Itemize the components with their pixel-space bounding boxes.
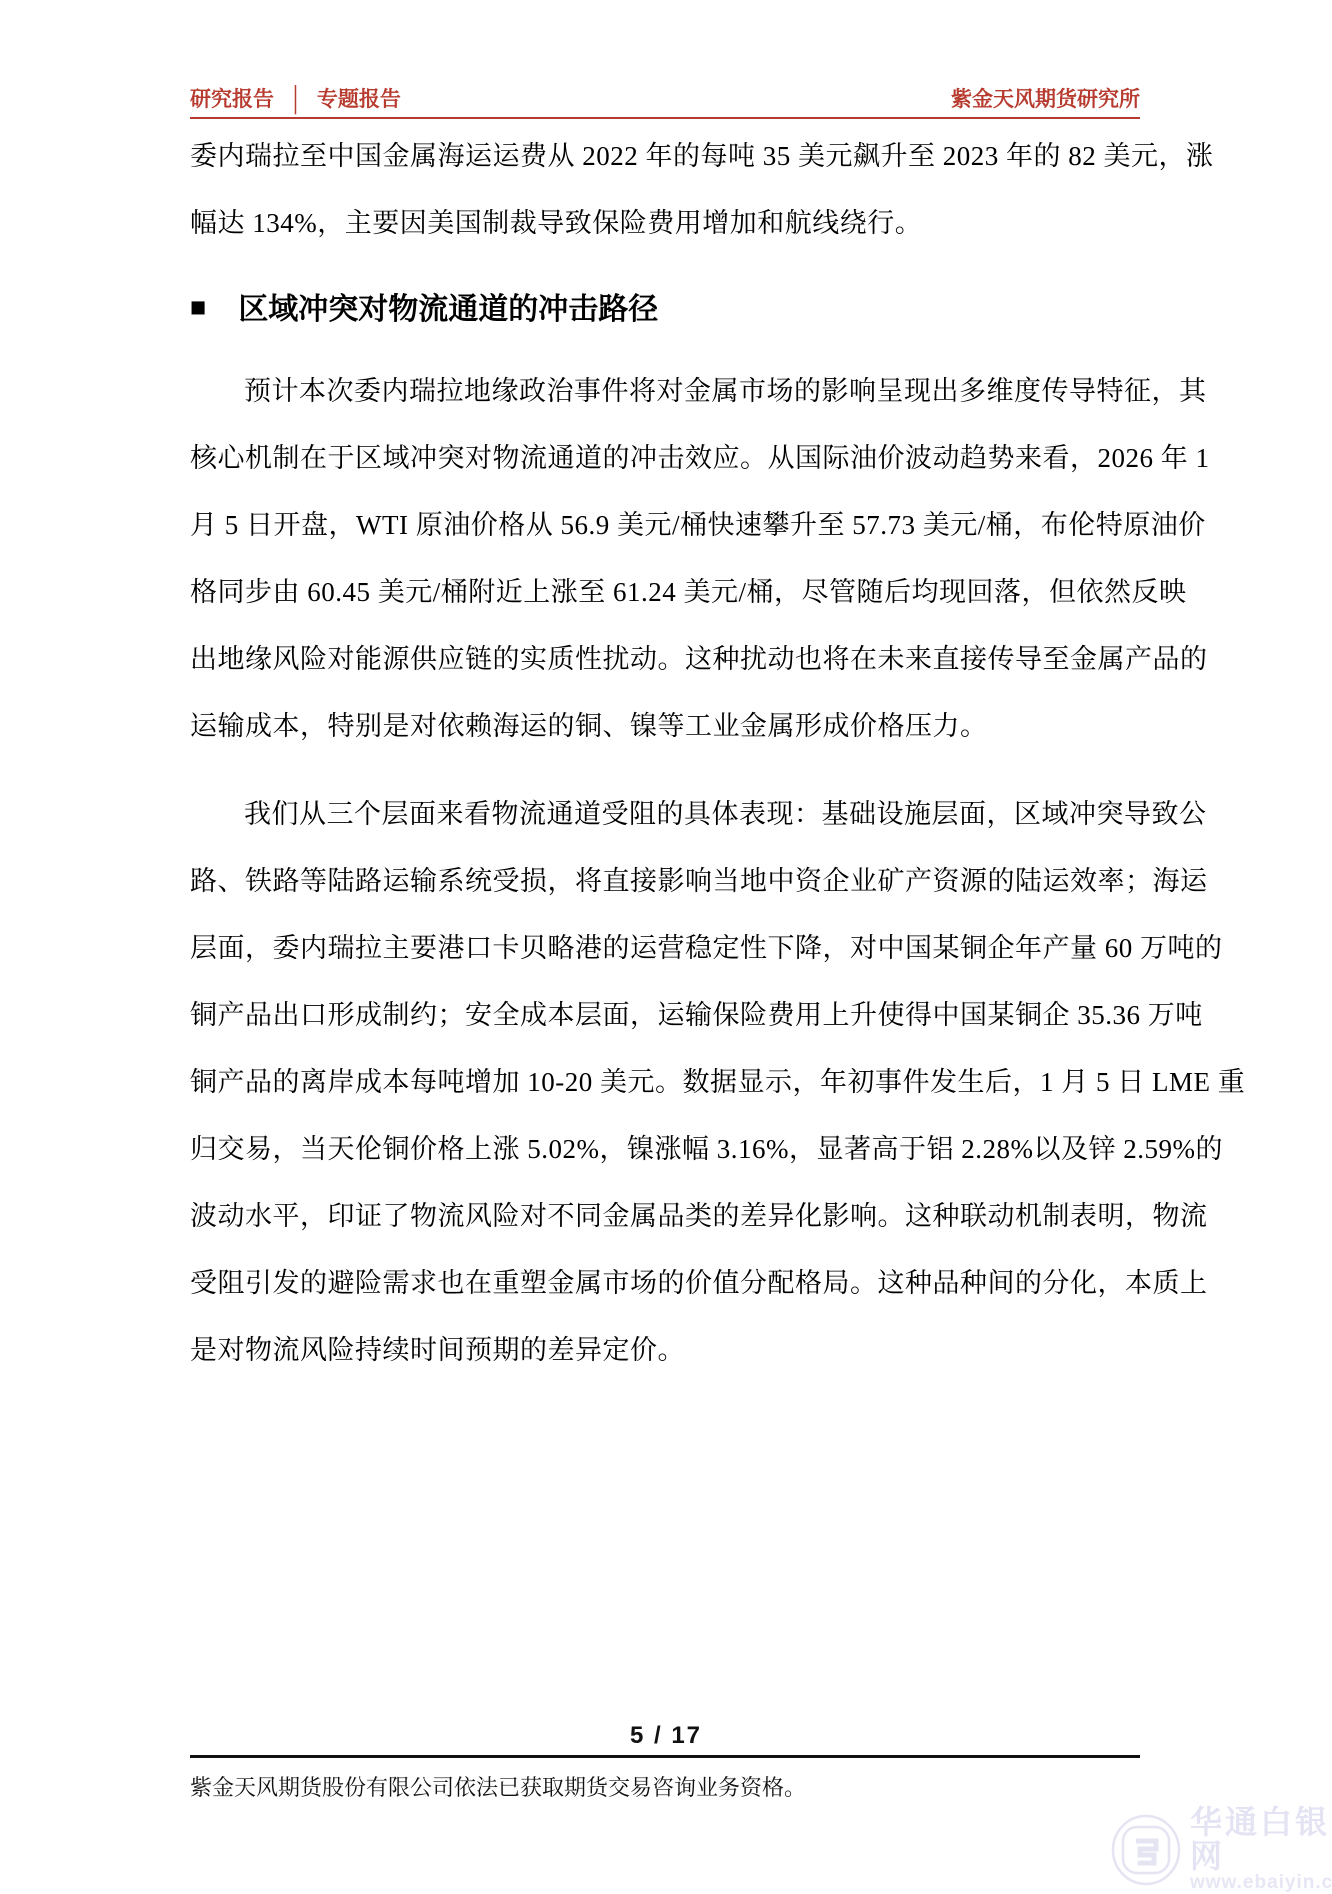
watermark-text: 华通白银网 www.ebaiyin.com — [1190, 1806, 1332, 1893]
document-body: 委内瑞拉至中国金属海运运费从 2022 年的每吨 35 美元飙升至 2023 年… — [190, 123, 1140, 1384]
report-category: 研究报告 — [190, 84, 274, 114]
body-text-line: 格同步由 60.45 美元/桶附近上涨至 61.24 美元/桶，尽管随后均现回落… — [190, 559, 1140, 626]
watermark-site-url: www.ebaiyin.com — [1190, 1873, 1332, 1893]
body-text-line: 我们从三个层面来看物流通道受阻的具体表现：基础设施层面，区域冲突导致公 — [190, 781, 1140, 848]
section-title: 区域冲突对物流通道的冲击路径 — [238, 284, 658, 328]
body-text-line: 月 5 日开盘，WTI 原油价格从 56.9 美元/桶快速攀升至 57.73 美… — [190, 492, 1140, 559]
body-text-line: 铜产品的离岸成本每吨增加 10-20 美元。数据显示，年初事件发生后，1 月 5… — [190, 1049, 1140, 1116]
footer-divider — [190, 1755, 1140, 1758]
site-watermark: 华通白银网 www.ebaiyin.com — [1110, 1806, 1332, 1893]
header-divider — [190, 117, 1140, 119]
body-text-line: 是对物流风险持续时间预期的差异定价。 — [190, 1317, 1140, 1384]
paragraph-transmission: 预计本次委内瑞拉地缘政治事件将对金属市场的影响呈现出多维度传导特征，其 核心机制… — [190, 358, 1140, 760]
body-text-line: 受阻引发的避险需求也在重塑金属市场的价值分配格局。这种品种间的分化，本质上 — [190, 1250, 1140, 1317]
body-text-line: 归交易，当天伦铜价格上涨 5.02%，镍涨幅 3.16%，显著高于铝 2.28%… — [190, 1116, 1140, 1183]
institute-name: 紫金天风期货研究所 — [951, 84, 1140, 114]
section-heading: ■ 区域冲突对物流通道的冲击路径 — [190, 281, 1140, 331]
body-text-line: 委内瑞拉至中国金属海运运费从 2022 年的每吨 35 美元飙升至 2023 年… — [190, 123, 1140, 190]
body-text-line: 预计本次委内瑞拉地缘政治事件将对金属市场的影响呈现出多维度传导特征，其 — [190, 358, 1140, 425]
body-text-line: 运输成本，特别是对依赖海运的铜、镍等工业金属形成价格压力。 — [190, 693, 1140, 760]
body-text-line: 波动水平，印证了物流风险对不同金属品类的差异化影响。这种联动机制表明，物流 — [190, 1183, 1140, 1250]
watermark-site-name: 华通白银网 — [1190, 1806, 1332, 1873]
body-text-line: 幅达 134%，主要因美国制裁导致保险费用增加和航线绕行。 — [190, 190, 1140, 257]
report-page: { "header": { "category": "研究报告", "separ… — [0, 0, 1332, 1894]
body-text-line: 出地缘风险对能源供应链的实质性扰动。这种扰动也将在未来直接传导至金属产品的 — [190, 626, 1140, 693]
black-square-bullet-icon: ■ — [190, 294, 206, 321]
body-text-line: 铜产品出口形成制约；安全成本层面，运输保险费用上升使得中国某铜企 35.36 万… — [190, 982, 1140, 1049]
body-text-line: 核心机制在于区域冲突对物流通道的冲击效应。从国际油价波动趋势来看，2026 年 … — [190, 425, 1140, 492]
report-subcategory: 专题报告 — [317, 84, 401, 114]
header-separator: │ — [288, 82, 303, 117]
body-text-line: 路、铁路等陆路运输系统受损，将直接影响当地中资企业矿产资源的陆运效率；海运 — [190, 848, 1140, 915]
watermark-logo-icon — [1110, 1813, 1182, 1887]
report-type-label: 研究报告 │ 专题报告 — [190, 84, 401, 114]
paragraph-intro: 委内瑞拉至中国金属海运运费从 2022 年的每吨 35 美元飙升至 2023 年… — [190, 123, 1140, 257]
footer-disclaimer: 紫金天风期货股份有限公司依法已获取期货交易咨询业务资格。 — [190, 1770, 1140, 1806]
body-text-line: 层面，委内瑞拉主要港口卡贝略港的运营稳定性下降，对中国某铜企年产量 60 万吨的 — [190, 915, 1140, 982]
page-header: 研究报告 │ 专题报告 紫金天风期货研究所 — [190, 84, 1140, 114]
page-number: 5 / 17 — [0, 1720, 1332, 1752]
paragraph-logistics: 我们从三个层面来看物流通道受阻的具体表现：基础设施层面，区域冲突导致公 路、铁路… — [190, 781, 1140, 1384]
